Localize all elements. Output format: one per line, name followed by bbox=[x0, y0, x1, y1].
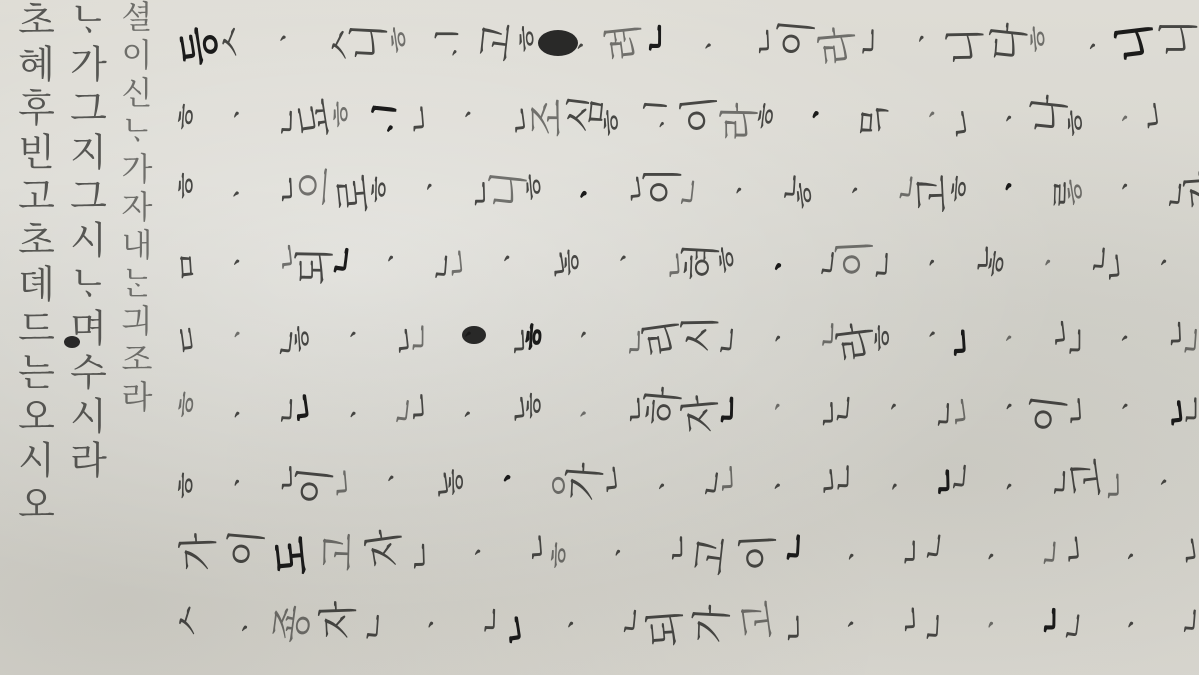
glyph: ᆫ bbox=[604, 390, 645, 430]
glyph: ᄂ bbox=[364, 607, 407, 649]
glyph: 되 bbox=[645, 607, 688, 648]
glyph: 니 bbox=[1115, 20, 1159, 63]
glyph: ᆫ bbox=[1019, 600, 1060, 639]
glyph: ᆫ bbox=[256, 170, 297, 210]
glyph: 등 bbox=[177, 24, 222, 68]
text-line: ᄒᆞᆫ됴ᄒᆡᄂᆞᆫ조심ᄒᆡ이라ᄒᆞᆷᄀᆞᄂᆞ나ᄒᆞᄂᆞᆫᄒᆞᆼ bbox=[180, 88, 1199, 148]
glyph: ᆫ bbox=[1157, 530, 1199, 574]
text-line: ᄒᆞᆫᄂᆞᆫᄂᆞᆫᄒᆞᆫ하자ᄂᆞᆫᄂᆞᆫᄂᆞ이ᄂᆞᆫᄂᆞᆫ이 bbox=[180, 380, 1199, 440]
glyph: ᄂ bbox=[924, 526, 969, 570]
glyph: ᆫ bbox=[1181, 236, 1199, 280]
glyph: ᄒ bbox=[1030, 17, 1073, 58]
glyph: ᆞ bbox=[972, 536, 1013, 576]
glyph: ᆫ bbox=[598, 599, 642, 642]
glyph: ᆞ bbox=[1184, 103, 1199, 142]
glyph: ᆞ bbox=[552, 604, 593, 643]
glyph: ᆫ bbox=[504, 527, 547, 568]
glyph: ᄂ bbox=[786, 609, 826, 648]
text-line: ᄉᆞ죵자ᄂᆞᆫᄂᆞᆫ되가고ᄂᆞᆫᄂᆞᆫᄂᆞᆫ bbox=[180, 594, 1199, 654]
glyph: 고 bbox=[319, 532, 360, 572]
glyph: ᆞ bbox=[901, 16, 946, 60]
glyph: ᄂ bbox=[412, 536, 453, 575]
glyph: 가 bbox=[692, 604, 734, 645]
glyph: ᆞ bbox=[226, 608, 267, 647]
glyph: 도 bbox=[271, 535, 314, 577]
glyph: ᆫ bbox=[879, 532, 920, 571]
glyph: ᆞ bbox=[719, 170, 761, 211]
glyph: 가 bbox=[179, 532, 220, 572]
ink-blot bbox=[462, 326, 486, 344]
glyph: 라 bbox=[817, 25, 860, 67]
glyph: 니 bbox=[1159, 19, 1199, 58]
glyph: ᄒ bbox=[565, 242, 606, 281]
glyph: 려 bbox=[604, 21, 648, 64]
glyph: ᄂ bbox=[1064, 527, 1107, 569]
glyph: 니 bbox=[946, 26, 987, 65]
glyph: ᄒ bbox=[390, 16, 434, 59]
glyph: ᄉ bbox=[222, 22, 263, 61]
glyph: ᆞ bbox=[688, 24, 733, 68]
glyph: 이 bbox=[738, 532, 780, 573]
glyph: ᄂ bbox=[293, 384, 337, 427]
margin-line: 셜이신ᄂᆞ가자내ᄂᆞᆫ긔조라 bbox=[112, 0, 158, 675]
glyph: ᆫ bbox=[878, 600, 920, 641]
text-line: ᄒᆞᆫ이ᄂᆞᆫᄒᆞᆼ가ᄂᆞᆫᄂᆞᆫᄂᆞᆫᄂᆞᆫ고ᄂᆞᆫᄂᆞᆫ bbox=[180, 452, 1199, 512]
glyph: 다 bbox=[987, 21, 1031, 64]
glyph: ᆫ bbox=[646, 529, 686, 568]
glyph: ᆡ bbox=[435, 27, 475, 66]
glyph: ᆺ bbox=[306, 25, 349, 66]
text-line: ᄒᆞᆫ으로ᄒᆞᆫ니ᄒᆞᆫ이ᄂᆞᆫᄒᆞᆫ고ᄒᆞᆯᄒᆞᆫ자ᄂᆞᆫ니 bbox=[180, 160, 1199, 220]
glyph: ᆫ bbox=[459, 600, 500, 640]
ink-blot bbox=[538, 30, 578, 56]
glyph: ᄂ bbox=[860, 22, 901, 62]
glyph: ᆫ bbox=[733, 22, 774, 62]
glyph: ᆫ bbox=[1158, 599, 1199, 641]
glyph: ᆞ bbox=[990, 98, 1031, 137]
glyph: ᆞ bbox=[411, 603, 454, 645]
margin-notes: 초혜후빈고초뎨드는오시오 ᄂᆞ가그지그시ᄂᆞ며수시라 셜이신ᄂᆞ가자내ᄂᆞᆫ긔조… bbox=[0, 0, 175, 675]
glyph: 고 bbox=[475, 20, 519, 63]
glyph: 고 bbox=[690, 534, 734, 577]
letter-body: 등ᄉᆞᆺ니ᄒᆡ고ᄒᆞ려ᄂᆞᆫ이라ᄂᆞ니다ᄒᆞ니니 ᄒᆞᆫ됴ᄒᆡᄂᆞᆫ조심ᄒᆡ이라… bbox=[180, 0, 1199, 675]
glyph: 자 bbox=[363, 526, 408, 570]
glyph: ᆞ bbox=[971, 603, 1015, 646]
glyph: 니 bbox=[349, 22, 391, 63]
glyph: ᄂ bbox=[1063, 606, 1108, 650]
glyph: ᆞ bbox=[1073, 26, 1115, 67]
glyph: ᆞ bbox=[597, 530, 641, 573]
glyph: 고 bbox=[737, 598, 781, 641]
glyph: ᄂ bbox=[924, 607, 967, 648]
glyph: ᄒ bbox=[552, 536, 594, 577]
glyph: ᆫ bbox=[1183, 458, 1199, 499]
glyph: 자 bbox=[319, 600, 360, 640]
glyph: ᆞ bbox=[836, 170, 877, 209]
glyph: 죵 bbox=[270, 602, 315, 646]
glyph: 이 bbox=[225, 527, 268, 569]
glyph: 이 bbox=[775, 17, 818, 59]
glyph: ᆞ bbox=[1112, 536, 1153, 576]
glyph: ᆞ bbox=[831, 535, 875, 578]
glyph: ᄂ bbox=[504, 606, 549, 650]
glyph: 자 bbox=[1183, 169, 1199, 210]
glyph: ᄉ bbox=[177, 599, 221, 642]
glyph: ᄂ bbox=[1182, 321, 1199, 363]
text-line: 등ᄉᆞᆺ니ᄒᆡ고ᄒᆞ려ᄂᆞᆫ이라ᄂᆞ니다ᄒᆞ니니 bbox=[180, 12, 1199, 72]
letter-photo: 초혜후빈고초뎨드는오시오 ᄂᆞ가그지그시ᄂᆞ며수시라 셜이신ᄂᆞ가자내ᄂᆞᆫ긔조… bbox=[0, 0, 1199, 675]
glyph: ᄂ bbox=[785, 527, 828, 568]
glyph: ᆞ bbox=[1112, 604, 1153, 644]
glyph: ᄒ bbox=[875, 319, 915, 358]
glyph: ᆞ bbox=[263, 17, 307, 60]
glyph: ᆫ bbox=[1018, 531, 1061, 573]
ink-blot bbox=[64, 336, 80, 348]
glyph: ᄒ bbox=[294, 318, 336, 359]
glyph: ᆫ bbox=[913, 462, 954, 501]
glyph: ᆞ bbox=[831, 602, 875, 645]
glyph: ᄂ bbox=[648, 18, 689, 57]
glyph: ᆞ bbox=[1029, 242, 1070, 282]
text-line: ᄆᆞᆫ되ᄂᆞᆫᄂᆞᆫᄒᆞᆫ혀ᄒᆞᆫ이ᄂᆞᆫᄒᆞᆫᄂᆞᆫᄂᆞᆫᄂᆞ이 bbox=[180, 232, 1199, 292]
margin-line: 초혜후빈고초뎨드는오시오 bbox=[6, 0, 61, 675]
glyph: ᄂ bbox=[1184, 390, 1199, 429]
glyph: ᆞ bbox=[457, 531, 501, 574]
text-line: ᄃᆞᆫᄒᆞᆫᄂᆞᆫᄒᆞᆫ리시ᄂᆞᆫ라ᄒᆞᄂᆞᆫᄂᆞᆫᄂᆞᆫ니 bbox=[180, 308, 1199, 368]
text-line: 가이도고자ᄂᆞᆫᄒᆞᆫ고이ᄂᆞᆫᄂᆞᆫᄂᆞᆫ bbox=[180, 522, 1199, 582]
